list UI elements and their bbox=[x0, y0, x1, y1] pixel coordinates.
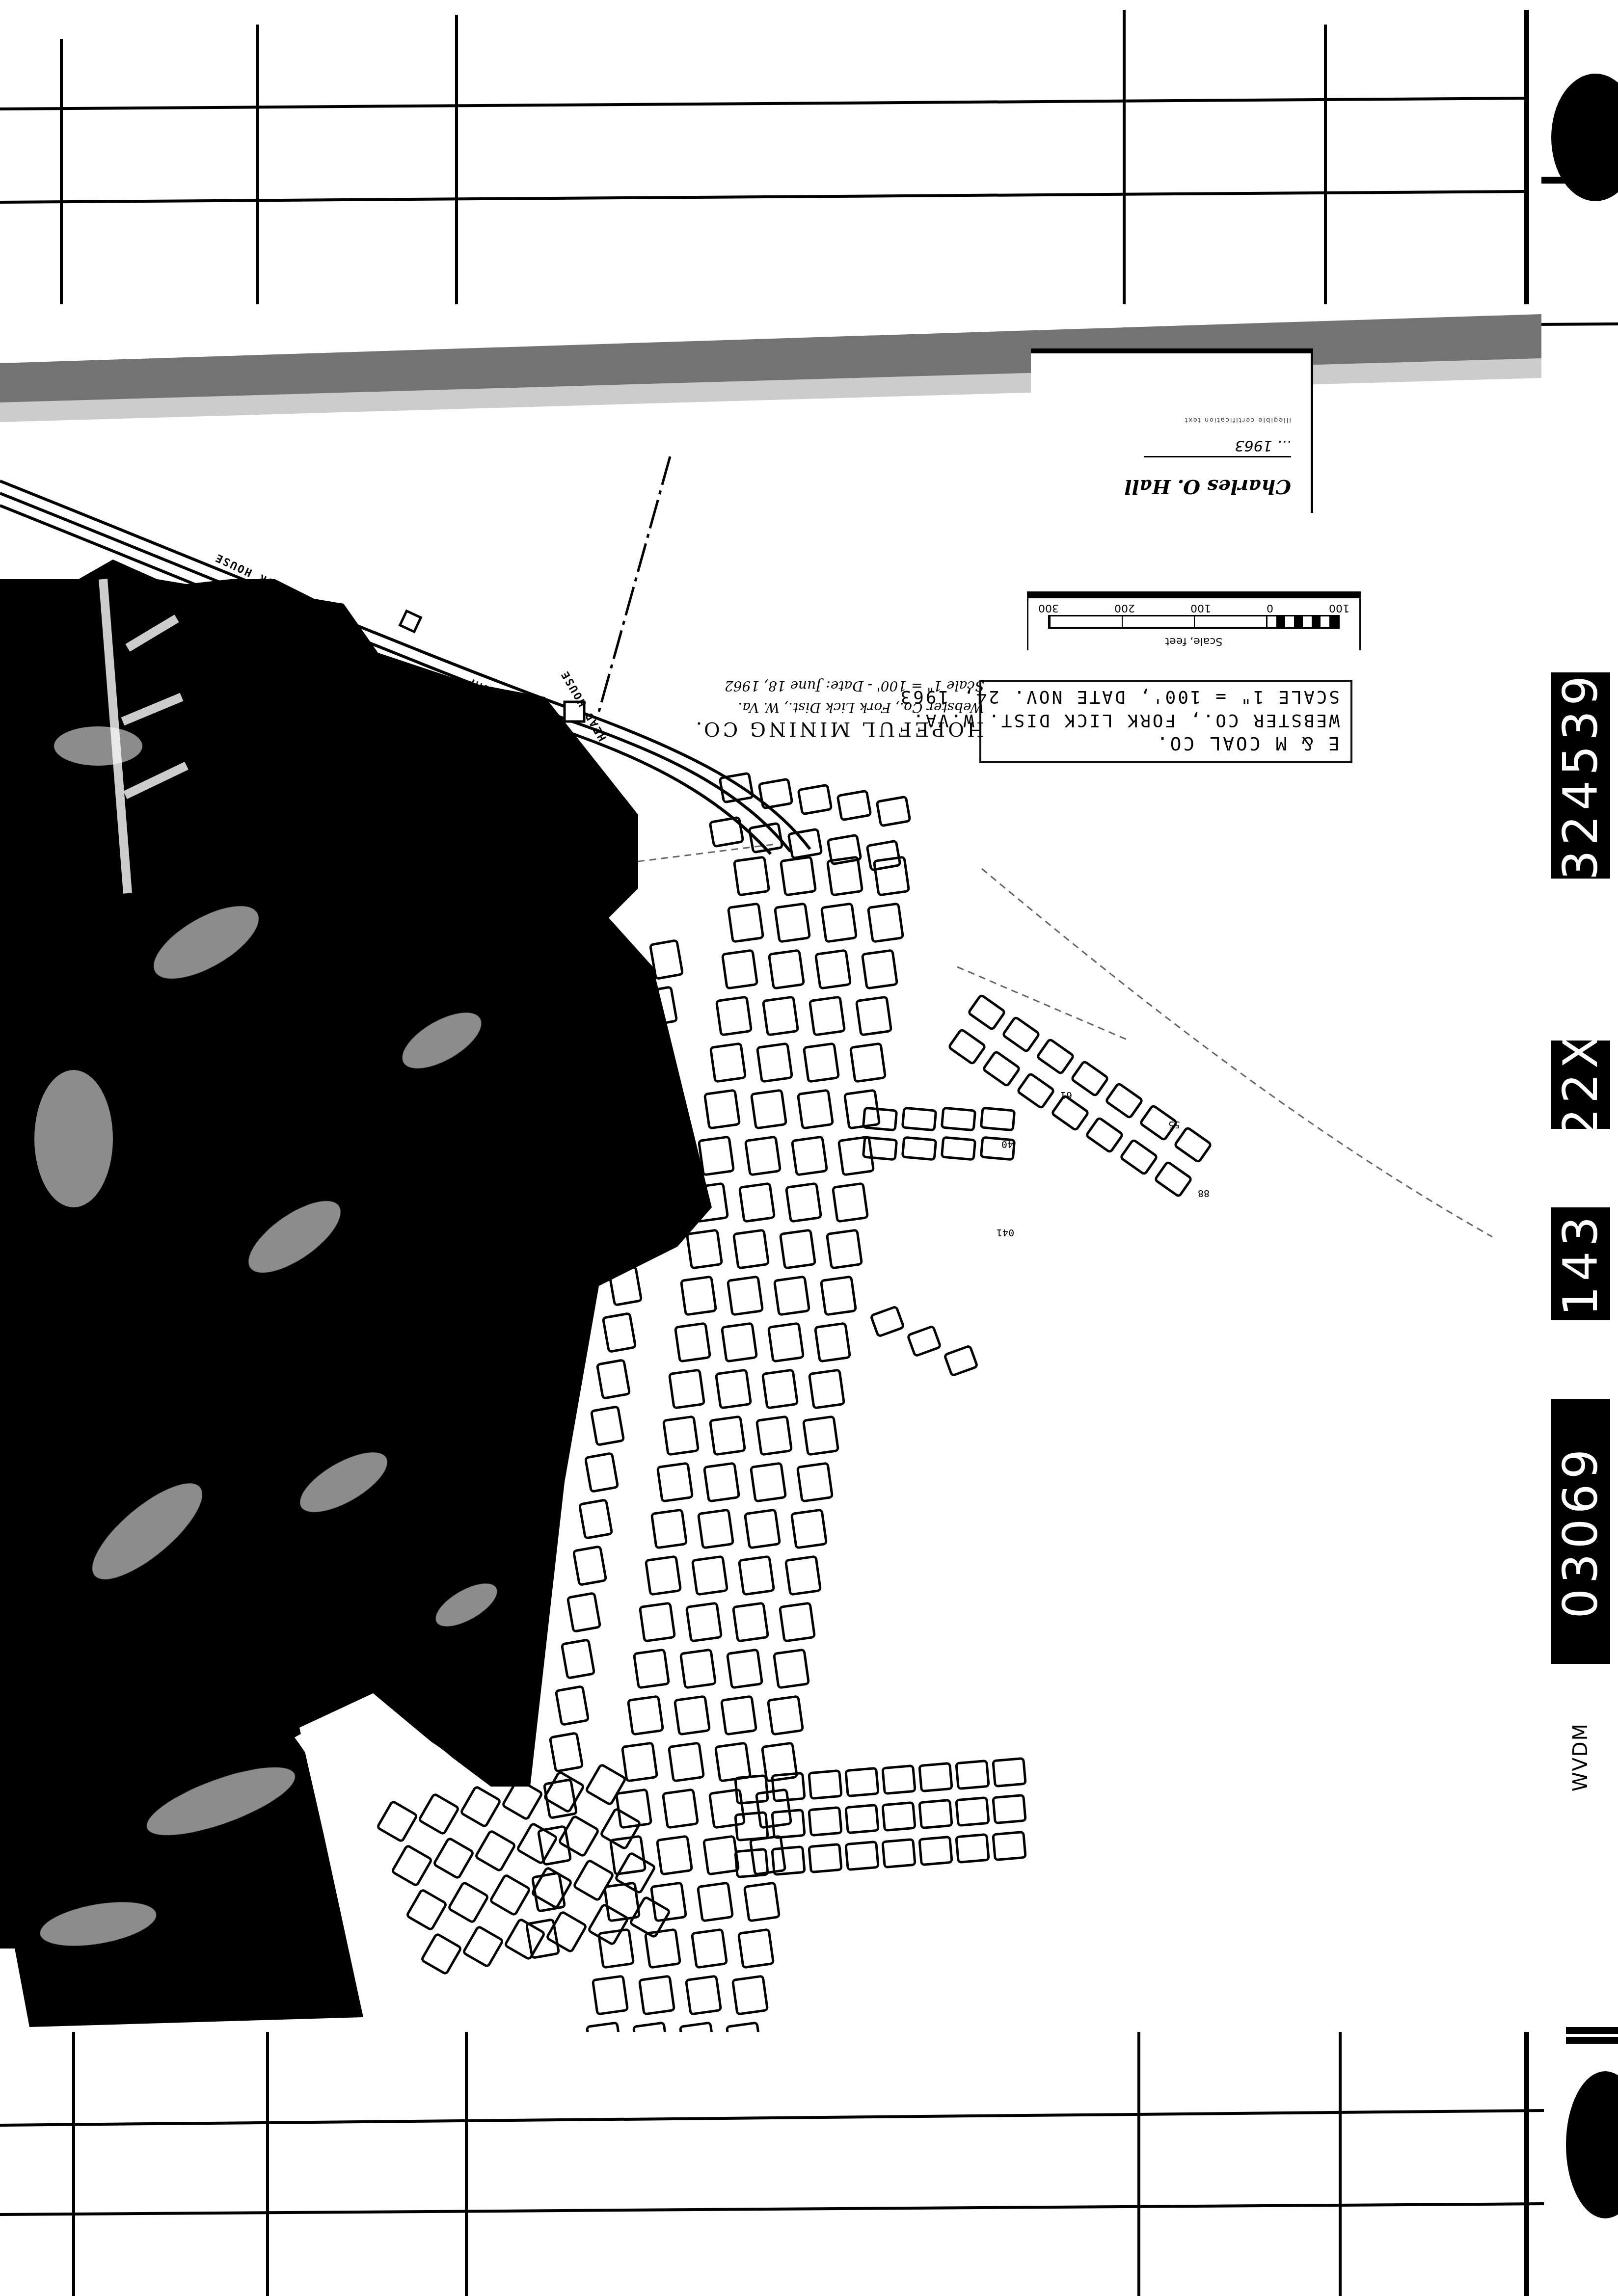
prior-title-location: Webster Co., Fork Lick Dist., W. Va. bbox=[680, 696, 984, 718]
edge-bar bbox=[1566, 2037, 1618, 2044]
scale-tick: 100 bbox=[1329, 602, 1349, 614]
prior-title-mine: HOPEFUL MINING CO. bbox=[680, 718, 984, 740]
scale-tick: 200 bbox=[1114, 602, 1135, 614]
scale-tick: 300 bbox=[1038, 602, 1059, 614]
archive-id-block: 22X bbox=[1551, 1041, 1610, 1129]
elevation-label: 55 bbox=[1168, 1119, 1180, 1131]
archive-id-block: 143 bbox=[1551, 1207, 1610, 1320]
elevation-label: 041 bbox=[997, 1227, 1014, 1239]
title-scale-date: SCALE 1" = 100', DATE NOV. 24, 1963 bbox=[992, 685, 1340, 708]
scale-bar-box: Scale, feet 100 0 100 200 300 bbox=[1027, 591, 1361, 650]
prior-title: HOPEFUL MINING CO. Webster Co., Fork Lic… bbox=[680, 675, 984, 740]
scale-bar bbox=[1048, 615, 1340, 629]
certification-text: illegible certification text bbox=[1051, 414, 1291, 425]
map-sheet: TRACTOR HOUSE DUMP BOILER HEAD HOUSE DIS… bbox=[0, 304, 1541, 2032]
certification-stamp: Charles O. Hall ... 1963 illegible certi… bbox=[1031, 348, 1313, 513]
certification-date: ... 1963 bbox=[1144, 437, 1291, 457]
scale-tick: 0 bbox=[1267, 602, 1273, 614]
elevation-label: 88 bbox=[1198, 1188, 1210, 1200]
title-block: E & M COAL CO. WEBSTER CO., FORK LICK DI… bbox=[979, 680, 1352, 763]
archive-id-strip: 324539 22X 143 03069 WVDM bbox=[1546, 672, 1610, 1791]
certification-signature: Charles O. Hall bbox=[1051, 475, 1291, 498]
archive-id-block: 03069 bbox=[1551, 1399, 1610, 1664]
edge-bar bbox=[1541, 177, 1618, 184]
scale-title: Scale, feet bbox=[1028, 635, 1359, 647]
title-location: WEBSTER CO., FORK LICK DIST. W.VA. bbox=[992, 708, 1340, 732]
edge-bar bbox=[1566, 2027, 1618, 2034]
elevation-label: 61 bbox=[1060, 1090, 1072, 1101]
scale-tick: 100 bbox=[1190, 602, 1211, 614]
archive-id-block: 324539 bbox=[1551, 672, 1610, 879]
prior-title-scale-date: Scale 1" = 100' - Date: June 18, 1962 bbox=[680, 675, 984, 696]
elevation-label: 40 bbox=[1001, 1139, 1013, 1150]
title-company: E & M COAL CO. bbox=[992, 732, 1340, 755]
archive-id-prefix: WVDM bbox=[1566, 1728, 1595, 1787]
scale-ticks: 100 0 100 200 300 bbox=[1038, 602, 1349, 614]
